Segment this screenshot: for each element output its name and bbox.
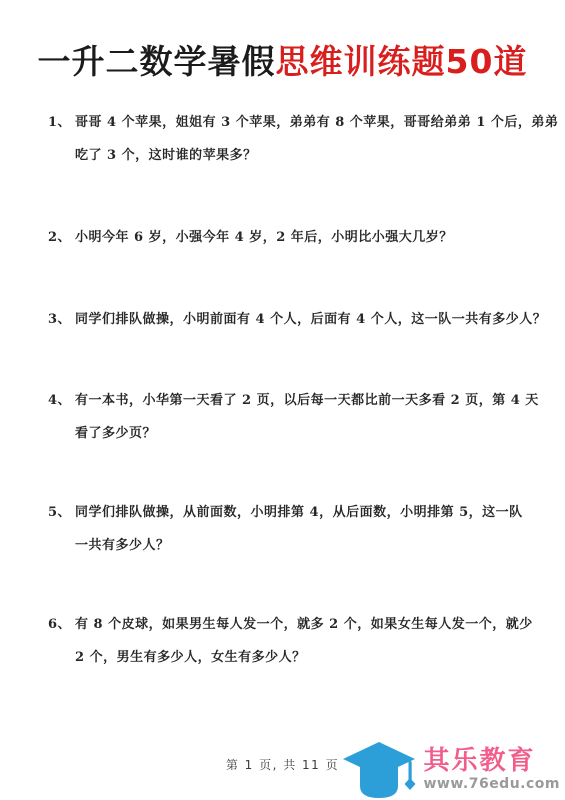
question-line: 哥哥 4 个苹果，姐姐有 3 个苹果，弟弟有 8 个苹果，哥哥给弟弟 1 个后，… [48, 106, 538, 139]
question-2: 2、 小明今年 6 岁，小强今年 4 岁，2 年后，小明比小强大几岁？ [48, 221, 538, 254]
brand-name: 其乐教育 [423, 747, 535, 776]
brand-logo: 其乐教育 www.76edu.com [342, 742, 560, 800]
question-5: 5、 同学们排队做操，从前面数，小明排第 4，从后面数，小明排第 5，这一队 一… [48, 496, 538, 562]
worksheet-page: 一升二数学暑假思维训练题50道 1、 哥哥 4 个苹果，姐姐有 3 个苹果，弟弟… [0, 0, 565, 800]
brand-url: www.76edu.com [423, 776, 560, 793]
question-1: 1、 哥哥 4 个苹果，姐姐有 3 个苹果，弟弟有 8 个苹果，哥哥给弟弟 1 … [48, 106, 538, 172]
question-number: 4、 [48, 384, 71, 417]
question-number: 3、 [48, 303, 71, 336]
question-line: 吃了 3 个，这时谁的苹果多？ [48, 139, 538, 172]
graduation-cap-icon [342, 742, 416, 800]
question-number: 1、 [48, 106, 71, 139]
question-6: 6、 有 8 个皮球，如果男生每人发一个，就多 2 个，如果女生每人发一个，就少… [48, 608, 538, 674]
question-3: 3、 同学们排队做操，小明前面有 4 个人，后面有 4 个人，这一队一共有多少人… [48, 303, 538, 336]
title-highlight: 思维训练题50道 [276, 42, 528, 81]
question-line: 看了多少页？ [48, 417, 538, 450]
question-line: 同学们排队做操，小明前面有 4 个人，后面有 4 个人，这一队一共有多少人？ [48, 303, 538, 336]
question-number: 2、 [48, 221, 71, 254]
question-line: 有一本书，小华第一天看了 2 页，以后每一天都比前一天多看 2 页，第 4 天 [48, 384, 538, 417]
logo-text: 其乐教育 www.76edu.com [423, 747, 560, 796]
title-prefix: 一升二数学暑假 [38, 42, 276, 81]
question-number: 5、 [48, 496, 71, 529]
page-title: 一升二数学暑假思维训练题50道 [0, 36, 565, 83]
question-4: 4、 有一本书，小华第一天看了 2 页，以后每一天都比前一天多看 2 页，第 4… [48, 384, 538, 450]
question-line: 小明今年 6 岁，小强今年 4 岁，2 年后，小明比小强大几岁？ [48, 221, 538, 254]
question-line: 2 个，男生有多少人，女生有多少人？ [48, 641, 538, 674]
question-number: 6、 [48, 608, 71, 641]
question-line: 同学们排队做操，从前面数，小明排第 4，从后面数，小明排第 5，这一队 [48, 496, 538, 529]
question-line: 有 8 个皮球，如果男生每人发一个，就多 2 个，如果女生每人发一个，就少 [48, 608, 538, 641]
question-line: 一共有多少人？ [48, 529, 538, 562]
